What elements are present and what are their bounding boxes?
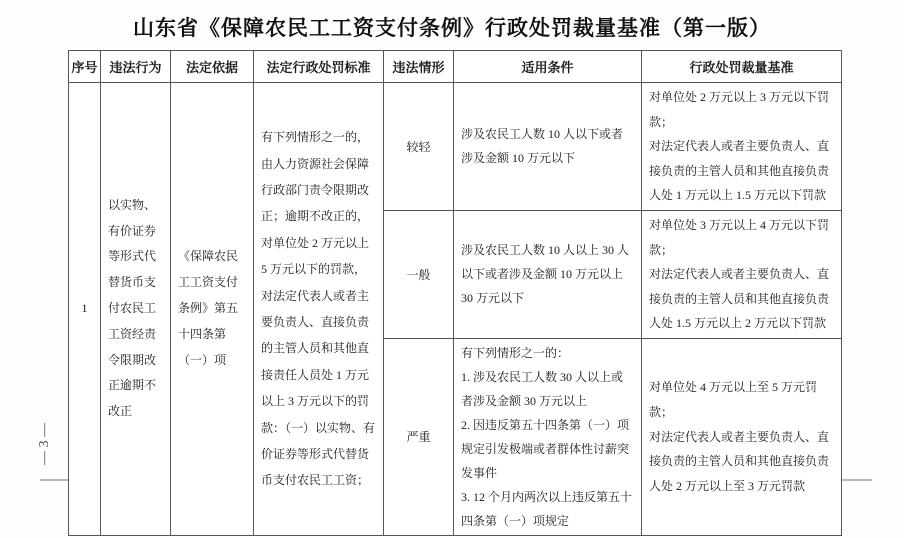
index-cell: 1 <box>69 83 101 536</box>
legal-basis-cell: 《保障农民工工资支付条例》第五十四条第（一）项 <box>171 83 254 536</box>
column-header-condition: 适用条件 <box>454 51 642 83</box>
column-header-benchmark: 行政处罚裁量基准 <box>642 51 842 83</box>
table-header-row: 序号 违法行为 法定依据 法定行政处罚标准 违法情形 适用条件 行政处罚裁量基准 <box>69 51 842 83</box>
column-header-severity: 违法情形 <box>384 51 454 83</box>
column-header-statutory-penalty: 法定行政处罚标准 <box>254 51 384 83</box>
severity-label-severe: 严重 <box>384 338 454 535</box>
discretion-benchmark-severe: 对单位处 4 万元以上至 5 万元罚款； 对法定代表人或者主要负责人、直接负责的… <box>642 338 842 535</box>
statutory-penalty-cell: 有下列情形之一的，由人力资源社会保障行政部门责令限期改正；逾期不改正的，对单位处… <box>254 83 384 536</box>
column-header-legal-basis: 法定依据 <box>171 51 254 83</box>
severity-label-general: 一般 <box>384 210 454 338</box>
page-number: — 3 — <box>37 435 53 465</box>
discretion-benchmark-general: 对单位处 3 万元以上 4 万元以下罚款； 对法定代表人或者主要负责人、直接负责… <box>642 210 842 338</box>
applicable-condition-general: 涉及农民工人数 10 人以上 30 人以下或者涉及金额 10 万元以上 30 万… <box>454 210 642 338</box>
scanned-document-page: 山东省《保障农民工工资支付条例》行政处罚裁量基准（第一版） — 3 — 序号 违… <box>0 0 904 538</box>
severity-label-minor: 较轻 <box>384 83 454 211</box>
applicable-condition-minor: 涉及农民工人数 10 人以下或者涉及金额 10 万元以下 <box>454 83 642 211</box>
column-header-violation: 违法行为 <box>101 51 171 83</box>
applicable-condition-severe: 有下列情形之一的： 1. 涉及农民工人数 30 人以上或者涉及金额 30 万元以… <box>454 338 642 535</box>
table-row: 1 以实物、有价证券等形式代替货币支付农民工工资经责令限期改正逾期不改正 《保障… <box>69 83 842 211</box>
violation-cell: 以实物、有价证券等形式代替货币支付农民工工资经责令限期改正逾期不改正 <box>101 83 171 536</box>
discretion-benchmark-minor: 对单位处 2 万元以上 3 万元以下罚款； 对法定代表人或者主要负责人、直接负责… <box>642 83 842 211</box>
page-title: 山东省《保障农民工工资支付条例》行政处罚裁量基准（第一版） <box>0 12 904 42</box>
penalty-standards-table: 序号 违法行为 法定依据 法定行政处罚标准 违法情形 适用条件 行政处罚裁量基准… <box>68 50 842 536</box>
column-header-index: 序号 <box>69 51 101 83</box>
